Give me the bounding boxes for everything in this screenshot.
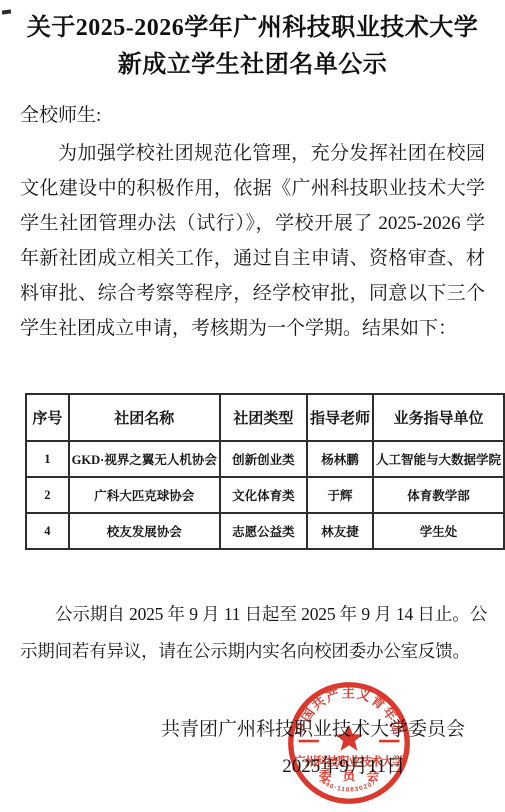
table-header-row: 序号 社团名称 社团类型 指导老师 业务指导单位 [26, 394, 504, 441]
cell-club-type: 创新创业类 [220, 441, 307, 477]
cell-supervising-unit: 体育教学部 [373, 477, 504, 513]
table-row: 1 GKD·视界之翼无人机协会 创新创业类 杨林鹏 人工智能与大数据学院 [26, 441, 504, 477]
table-row: 4 校友发展协会 志愿公益类 林友捷 学生处 [26, 513, 504, 549]
closing-paragraph: 公示期自 2025 年 9 月 11 日起至 2025 年 9 月 14 日止。… [20, 596, 487, 670]
official-seal-stamp: 中国共产主义青年团 广州科技职业技术大学 委员会 440·110830207 [283, 677, 415, 809]
seal-org-line: 广州科技职业技术大学 [294, 753, 406, 768]
cell-club-type: 志愿公益类 [220, 513, 307, 549]
cell-supervising-unit: 人工智能与大数据学院 [373, 441, 504, 477]
announcement-document: 关于2025-2026学年广州科技职业技术大学 新成立学生社团名单公示 全校师生… [0, 0, 505, 812]
cell-index: 2 [26, 477, 69, 513]
cell-advisor: 杨林鹏 [307, 441, 373, 477]
cell-club-name: 校友发展协会 [69, 513, 220, 549]
document-title-line2: 新成立学生社团名单公示 [0, 47, 505, 84]
cell-supervising-unit: 学生处 [373, 513, 504, 549]
header-cell-advisor: 指导老师 [307, 394, 373, 441]
table-row: 2 广科大匹克球协会 文化体育类 于辉 体育教学部 [26, 477, 504, 513]
cell-club-name: GKD·视界之翼无人机协会 [69, 441, 220, 477]
header-cell-club-name: 社团名称 [69, 394, 220, 441]
cell-club-name: 广科大匹克球协会 [69, 477, 220, 513]
header-cell-index: 序号 [26, 394, 69, 441]
salutation: 全校师生: [20, 100, 101, 127]
seal-star-icon [335, 725, 363, 751]
cell-club-type: 文化体育类 [220, 477, 307, 513]
header-cell-supervising-unit: 业务指导单位 [373, 394, 504, 441]
seal-committee-line: 委员会 [319, 768, 380, 783]
header-cell-club-type: 社团类型 [220, 394, 307, 441]
body-paragraph: 为加强学校社团规范化管理，充分发挥社团在校园文化建设中的积极作用，依据《广州科技… [20, 136, 485, 346]
cell-advisor: 林友捷 [307, 513, 373, 549]
cell-advisor: 于辉 [307, 477, 373, 513]
cell-index: 1 [26, 441, 69, 477]
club-list-table: 序号 社团名称 社团类型 指导老师 业务指导单位 1 GKD·视界之翼无人机协会… [25, 393, 505, 550]
document-title-line1: 关于2025-2026学年广州科技职业技术大学 [0, 10, 505, 47]
cell-index: 4 [26, 513, 69, 549]
document-title: 关于2025-2026学年广州科技职业技术大学 新成立学生社团名单公示 [0, 10, 505, 84]
